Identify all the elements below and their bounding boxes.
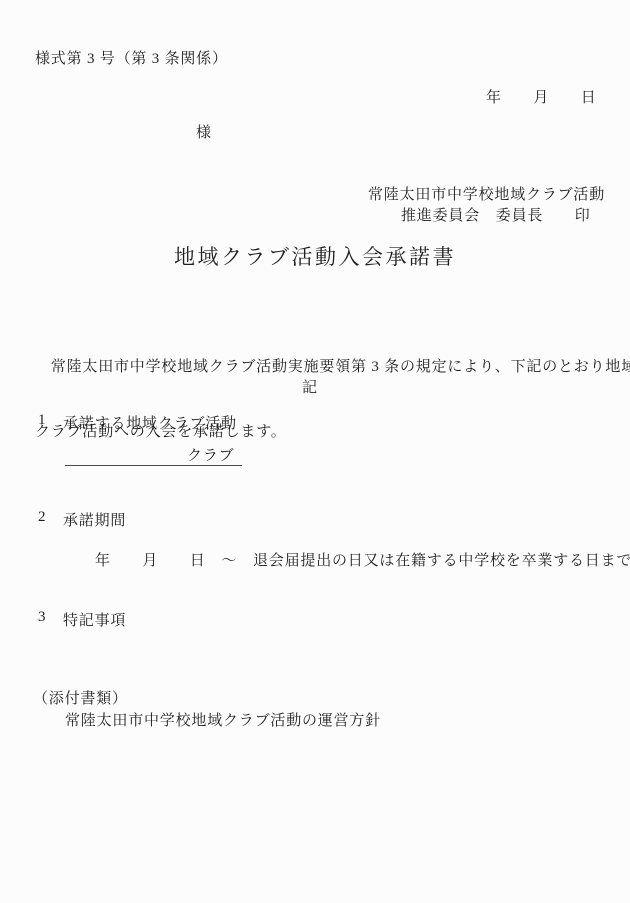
attachments-heading: （添付書類） bbox=[33, 687, 128, 708]
addressee-honorific: 様 bbox=[196, 121, 212, 142]
document-title: 地域クラブ活動入会承諾書 bbox=[0, 241, 630, 271]
document-page: 様式第 3 号（第 3 条関係） 年 月 日 様 常陸太田市中学校地域クラブ活動… bbox=[0, 0, 630, 903]
item-1-number: 1 bbox=[38, 412, 63, 433]
item-1-label: 承諾する地域クラブ活動 bbox=[63, 412, 237, 433]
item-2-number: 2 bbox=[38, 509, 63, 530]
club-suffix-label: クラブ bbox=[187, 448, 239, 464]
attachment-item: 常陸太田市中学校地域クラブ活動の運営方針 bbox=[65, 709, 381, 730]
item-1-row: 1 承諾する地域クラブ活動 bbox=[38, 412, 237, 433]
item-2-row: 2 承諾期間 bbox=[38, 509, 126, 530]
issuer-chairman-seal-line: 推進委員会 委員長 印 bbox=[401, 204, 591, 225]
form-number: 様式第 3 号（第 3 条関係） bbox=[35, 47, 228, 68]
date-placeholder-line: 年 月 日 bbox=[486, 86, 597, 107]
item-3-row: 3 特記事項 bbox=[38, 609, 126, 630]
club-name-blank-line: クラブ bbox=[65, 444, 242, 466]
record-marker: 記 bbox=[0, 376, 620, 397]
item-2-label: 承諾期間 bbox=[63, 509, 126, 530]
consent-period-line: 年 月 日 ～ 退会届提出の日又は在籍する中学校を卒業する日まで bbox=[95, 549, 630, 570]
issuer-name-line: 常陸太田市中学校地域クラブ活動 bbox=[368, 183, 605, 204]
item-3-number: 3 bbox=[38, 609, 63, 630]
item-3-label: 特記事項 bbox=[63, 609, 126, 630]
